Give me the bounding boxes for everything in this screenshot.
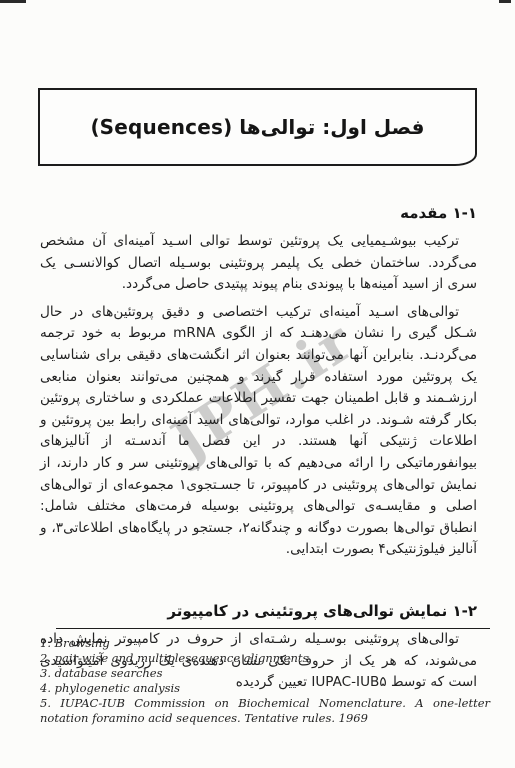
paragraph: توالی‌های اسـید آمینه‌ای ترکیب اختصاصی و…	[40, 302, 477, 561]
scan-artifact	[0, 0, 26, 3]
footnote: 1. Browsing	[40, 636, 490, 651]
section-heading-sequence-representation: ۱-۲ نمایش توالی‌های پروتئینی در کامپیوتر	[40, 601, 477, 621]
footnote: 5. IUPAC-IUB Commission on Biochemical N…	[40, 696, 490, 726]
section-heading-introduction: ۱-۱ مقدمه	[40, 203, 477, 223]
footnote: 2. pair-wise and multiplesequence alignm…	[40, 651, 490, 666]
chapter-title-box: فصل اول: توالی‌ها (Sequences)	[38, 88, 477, 166]
footnote: 4. phylogenetic analysis	[40, 681, 490, 696]
book-page: JPH.ir فصل اول: توالی‌ها (Sequences) ۱-۱…	[0, 0, 515, 768]
footnote-divider	[56, 628, 490, 629]
footnote: 3. database searches	[40, 666, 490, 681]
footnotes-block: 1. Browsing 2. pair-wise and multipleseq…	[40, 628, 490, 726]
page-content: ۱-۱ مقدمه ترکیب بیوشـیمیایی یک پروتئین ت…	[40, 203, 477, 694]
chapter-title: فصل اول: توالی‌ها (Sequences)	[91, 115, 425, 139]
scan-artifact	[499, 0, 511, 3]
paragraph: ترکیب بیوشـیمیایی یک پروتئین توسط توالی …	[40, 231, 477, 296]
